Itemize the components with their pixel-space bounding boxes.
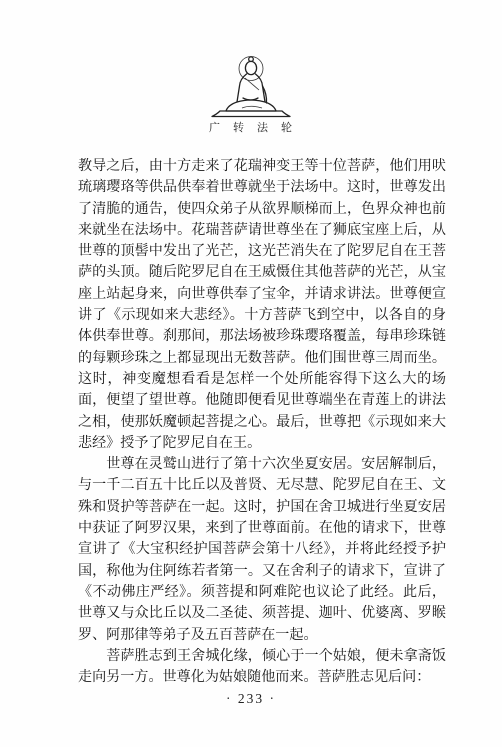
paragraph-continuation: 教导之后，由十方走来了花瑞神变王等十位菩萨，他们用吠琉璃璎珞等供品供奉着世尊就坐… (78, 156, 446, 454)
paragraph: 世尊在灵鹫山进行了第十六次坐夏安居。安居解制后，与一千二百五十比丘以及普贤、无尽… (78, 454, 446, 646)
buddha-illustration (0, 52, 502, 118)
page-number: · 233 · (0, 691, 502, 707)
buddha-line-art-icon (206, 52, 296, 118)
paragraph: 菩萨胜志到王舍城化缘，倾心于一个姑娘，便未拿斋饭走向另一方。世尊化为姑娘随他而来… (78, 646, 446, 689)
illustration-caption: 广 转 法 轮 (0, 119, 502, 135)
body-text: 教导之后，由十方走来了花瑞神变王等十位菩萨，他们用吠琉璃璎珞等供品供奉着世尊就坐… (78, 156, 446, 688)
book-page: 广 转 法 轮 教导之后，由十方走来了花瑞神变王等十位菩萨，他们用吠琉璃璎珞等供… (0, 0, 502, 747)
